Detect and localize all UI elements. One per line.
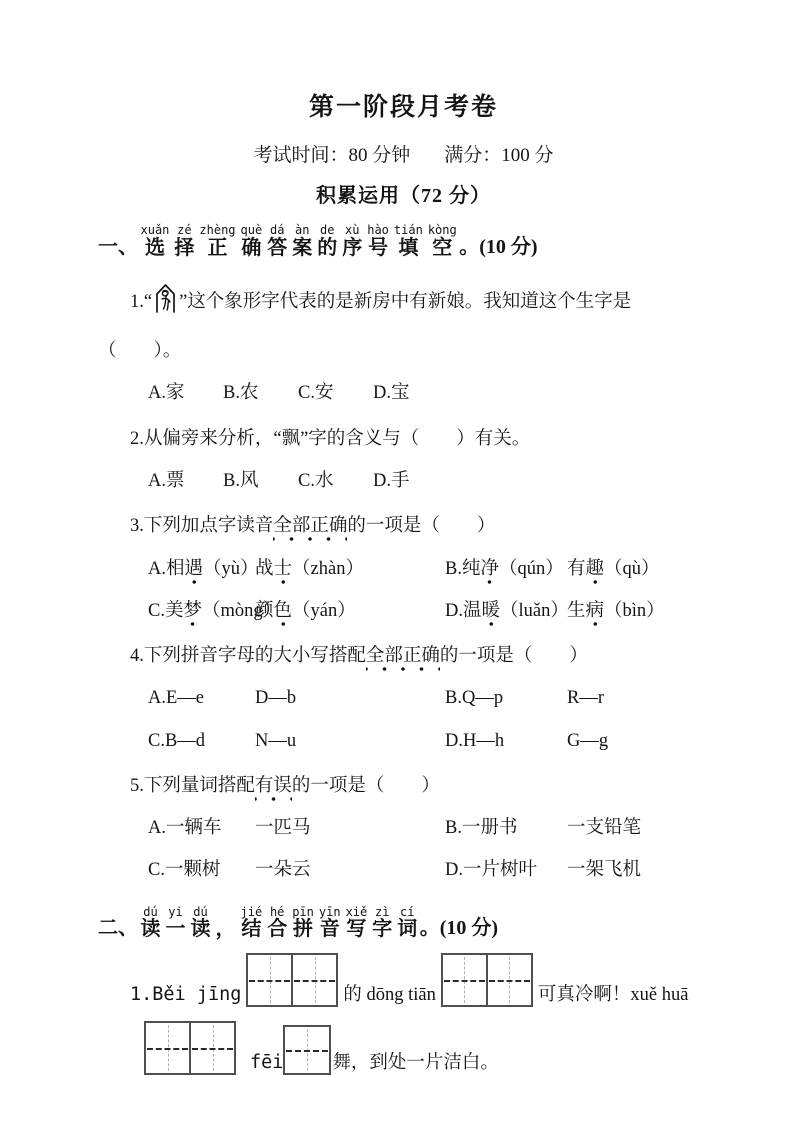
writing-grid-cell[interactable] — [146, 1023, 191, 1073]
write-line2-post: 舞，到处一片洁白。 — [331, 1052, 504, 1075]
ruby-pair: yīn音 — [319, 906, 341, 940]
ruby-pair: què确 — [241, 224, 263, 258]
pinyin-annotation: dá — [270, 224, 284, 238]
text-segment: D.温 — [445, 601, 482, 621]
ruby-pair: xù序 — [342, 224, 362, 258]
option-item: A.家 — [148, 383, 223, 404]
q2-stem: 2.从偏旁来分析，“飘”字的含义与（ ）有关。 — [98, 429, 709, 450]
pinyin-annotation: àn — [295, 224, 309, 238]
text-segment: （qún） — [499, 559, 564, 579]
ruby-char: 空 — [432, 238, 452, 258]
q3-option-c2: 颜色（yán） — [255, 601, 445, 622]
text-segment: 梦 — [183, 601, 202, 627]
text-segment: A.相 — [148, 559, 185, 579]
pinyin-annotation: tián — [394, 224, 423, 238]
ruby-char: 的 — [317, 238, 337, 258]
ruby-pair: dú读 — [191, 906, 211, 940]
ruby-char: 合 — [267, 919, 287, 939]
full-score: 满分：100 分 — [444, 145, 553, 166]
q3-options-row-ab: A.相遇（yù） 战士（zhàn） B.纯净（qún） 有趣（qù） — [98, 559, 709, 580]
ruby-char: 序 — [342, 238, 362, 258]
ruby-char: 词 — [397, 919, 417, 939]
text-segment: D.一片树叶 — [445, 860, 537, 880]
q5-option-b: B.一册书 — [445, 818, 567, 839]
ruby-pair: hé合 — [267, 906, 287, 940]
q3-option-d: D.温暖（luǎn） — [445, 601, 567, 622]
text-segment: A.E—e — [148, 688, 204, 708]
q3-option-a2: 战士（zhàn） — [255, 559, 445, 580]
text-segment: （luǎn） — [500, 601, 569, 621]
text-segment: C.B—d — [148, 731, 205, 751]
option-item: B.风 — [223, 471, 298, 492]
page-title: 第一阶段月考卷 — [98, 92, 709, 123]
text-segment: A.一辆车 — [148, 818, 222, 838]
text-segment: 士 — [274, 559, 293, 585]
ruby-char: 结 — [241, 919, 261, 939]
option-item: A.票 — [148, 471, 223, 492]
q5-option-c2: 一朵云 — [255, 860, 445, 881]
pinyin-annotation — [222, 906, 229, 920]
pinyin-annotation: xuǎn — [141, 224, 170, 238]
q3-stem: 3.下列加点字读音全部正确的一项是（ ） — [98, 516, 709, 537]
ruby-pair: kòng空 — [428, 224, 457, 258]
exam-meta: 考试时间：80 分钟满分：100 分 — [98, 146, 709, 167]
writing-grid-cell[interactable] — [191, 1023, 234, 1073]
text-segment: 一支铅笔 — [567, 818, 641, 838]
writing-grid-cell[interactable] — [443, 955, 488, 1005]
q3-option-c: C.美梦（mòng） — [148, 601, 255, 622]
write-line1-pinyin-pre: 1.Běi jīng — [130, 984, 246, 1007]
text-segment: N—u — [255, 731, 296, 751]
section1-score: 。(10 分) — [459, 237, 537, 258]
text-segment: 病 — [586, 601, 605, 627]
write-line2-pinyin: fēi — [236, 1052, 283, 1075]
section1-ruby-title: xuǎn选zé择zhèng正què确dá答àn案de的xù序hào号tián填k… — [138, 224, 459, 258]
ruby-char: 一 — [166, 919, 186, 939]
text-segment: R—r — [567, 688, 604, 708]
text-segment: 遇 — [185, 559, 204, 585]
text-segment: B.一册书 — [445, 818, 517, 838]
text-segment: 暖 — [482, 601, 501, 627]
q5-option-a: A.一辆车 — [148, 818, 255, 839]
writing-grid-cell[interactable] — [285, 1027, 329, 1073]
text-segment: C.一颗树 — [148, 860, 220, 880]
text-segment: （bìn） — [604, 601, 665, 621]
q4-options-row-ab: A.E—e D—b B.Q—p R—r — [98, 688, 709, 709]
ruby-char: 填 — [398, 238, 418, 258]
text-segment: 有误 — [255, 776, 292, 802]
text-segment: 战 — [255, 559, 274, 579]
ruby-pair: xuǎn选 — [141, 224, 170, 258]
option-item: D.宝 — [373, 383, 448, 404]
q5-stem: 5.下列量词搭配有误的一项是（ ） — [98, 776, 709, 797]
text-segment: 4.下列拼音字母的大小写搭配 — [130, 646, 366, 666]
ruby-char: 字 — [372, 919, 392, 939]
section2-score: 。(10 分) — [420, 918, 498, 939]
q4-options-row-cd: C.B—d N—u D.H—h G—g — [98, 731, 709, 752]
q4-option-c2: N—u — [255, 731, 445, 752]
section2-ruby-title: dú读yi一dú读 ，jié结hé合pīn拼yīn音xiě写zì字cí词 — [138, 906, 420, 940]
write-line1-mid: 的 dōng tiān — [338, 984, 441, 1007]
text-segment: B.纯 — [445, 559, 480, 579]
option-item: C.水 — [298, 471, 373, 492]
text-segment: 的一项是（ ） — [292, 776, 440, 796]
text-segment: （zhàn） — [292, 559, 364, 579]
q1-options: A.家B.农C.安D.宝 — [98, 383, 709, 404]
q4-option-b2: R—r — [567, 688, 604, 709]
q5-options-row-cd: C.一颗树 一朵云 D.一片树叶 一架飞机 — [98, 860, 709, 881]
ruby-pair: àn案 — [292, 224, 312, 258]
pinyin-annotation: xù — [345, 224, 359, 238]
q5-option-a2: 一匹马 — [255, 818, 445, 839]
writing-grid-xuehua[interactable] — [144, 1021, 236, 1075]
text-segment: G—g — [567, 731, 608, 751]
ruby-pair: de的 — [317, 224, 337, 258]
q4-option-a2: D—b — [255, 688, 445, 709]
writing-grid-cell[interactable] — [488, 955, 531, 1005]
pinyin-annotation: yi — [168, 906, 182, 920]
text-segment: C.美 — [148, 601, 183, 621]
text-segment: 趣 — [586, 559, 605, 585]
text-segment: 一架飞机 — [567, 860, 641, 880]
pinyin-annotation: què — [241, 224, 263, 238]
q1-stem-pre: 1.“ — [130, 292, 152, 312]
text-segment: （yù） — [203, 559, 259, 579]
q4-option-b: B.Q—p — [445, 688, 567, 709]
q3-option-b2: 有趣（qù） — [567, 559, 660, 580]
text-segment: 3.下列加点字读音 — [130, 516, 273, 536]
ruby-pair: xiě写 — [346, 906, 368, 940]
exam-paper-page: 第一阶段月考卷 考试时间：80 分钟满分：100 分 积累运用（72 分） 一、… — [0, 0, 793, 1122]
ruby-char: 读 — [141, 919, 161, 939]
text-segment: 一匹马 — [255, 818, 311, 838]
ruby-char: 号 — [368, 238, 388, 258]
text-segment: （yán） — [292, 601, 356, 621]
q1-answer-blank: （ ）。 — [98, 341, 709, 362]
text-segment: 的一项是（ ） — [347, 516, 495, 536]
pinyin-annotation: kòng — [428, 224, 457, 238]
writing-grid-cell[interactable] — [248, 955, 293, 1005]
section1-number: 一、 — [98, 237, 138, 258]
ruby-pair: cí词 — [397, 906, 417, 940]
ruby-char: 音 — [320, 919, 340, 939]
ruby-char: 选 — [145, 238, 165, 258]
q1-stem-post: ”这个象形字代表的是新房中有新娘。我知道这个生字是 — [179, 292, 631, 312]
text-segment: 净 — [480, 559, 499, 585]
text-segment: B.Q—p — [445, 688, 503, 708]
text-segment: 全部正确 — [366, 646, 440, 672]
pinyin-annotation: hào — [367, 224, 389, 238]
q3-option-a: A.相遇（yù） — [148, 559, 255, 580]
option-item: C.安 — [298, 383, 373, 404]
q5-option-c: C.一颗树 — [148, 860, 255, 881]
ruby-char: 拼 — [293, 919, 313, 939]
ruby-pair: zé择 — [174, 224, 194, 258]
ruby-char: 正 — [207, 238, 227, 258]
ruby-pair: jié结 — [241, 906, 263, 940]
q3-option-d2: 生病（bìn） — [567, 601, 665, 622]
ruby-char: 择 — [174, 238, 194, 258]
option-item: B.农 — [223, 383, 298, 404]
text-segment: 的一项是（ ） — [440, 646, 588, 666]
text-segment: 全部正确 — [273, 516, 347, 542]
text-segment: 有 — [567, 559, 586, 579]
ruby-char: 写 — [346, 919, 366, 939]
exam-time: 考试时间：80 分钟 — [253, 145, 410, 166]
q4-option-a: A.E—e — [148, 688, 255, 709]
ruby-pair: yi一 — [166, 906, 186, 940]
text-segment: （qù） — [604, 559, 660, 579]
pinyin-annotation: zhèng — [199, 224, 235, 238]
ruby-pair: dá答 — [267, 224, 287, 258]
ruby-char: 答 — [267, 238, 287, 258]
ruby-pair: ， — [216, 906, 236, 940]
q3-option-b: B.纯净（qún） — [445, 559, 567, 580]
text-segment: 5.下列量词搭配 — [130, 776, 255, 796]
text-segment: 色 — [274, 601, 293, 627]
ruby-char: 案 — [292, 238, 312, 258]
ruby-pair: zhèng正 — [199, 224, 235, 258]
q5-options-row-ab: A.一辆车 一匹马 B.一册书 一支铅笔 — [98, 818, 709, 839]
writing-grid-dongtian[interactable] — [441, 953, 533, 1007]
text-segment: D.H—h — [445, 731, 504, 751]
section2-number: 二、 — [98, 918, 138, 939]
ruby-char: 确 — [241, 238, 261, 258]
write-line1-post: 可真冷啊！xuě huā — [533, 984, 694, 1007]
text-segment: 生 — [567, 601, 586, 621]
option-item: D.手 — [373, 471, 448, 492]
q4-option-d: D.H—h — [445, 731, 567, 752]
q5-option-b2: 一支铅笔 — [567, 818, 641, 839]
q4-option-c: C.B—d — [148, 731, 255, 752]
write-line-1: 1.Běi jīng 的 dōng tiān 可真冷啊！xuě huā — [98, 953, 709, 1007]
ruby-char: ， — [216, 919, 236, 939]
text-segment: D—b — [255, 688, 296, 708]
pinyin-annotation: de — [320, 224, 334, 238]
text-segment: 一朵云 — [255, 860, 311, 880]
section2-header: 二、 dú读yi一dú读 ，jié结hé合pīn拼yīn音xiě写zì字cí词 … — [98, 906, 709, 940]
writing-grid-beijing[interactable] — [246, 953, 338, 1007]
q4-stem: 4.下列拼音字母的大小写搭配全部正确的一项是（ ） — [98, 646, 709, 667]
writing-grid-fei[interactable] — [283, 1025, 331, 1075]
q4-option-d2: G—g — [567, 731, 608, 752]
ruby-char: 读 — [191, 919, 211, 939]
q5-option-d2: 一架飞机 — [567, 860, 641, 881]
write-line-2: fēi 舞，到处一片洁白。 — [98, 1021, 709, 1075]
q2-options: A.票B.风C.水D.手 — [98, 471, 709, 492]
ruby-pair: tián填 — [394, 224, 423, 258]
section1-header: 一、 xuǎn选zé择zhèng正què确dá答àn案de的xù序hào号tiá… — [98, 224, 709, 258]
q3-options-row-cd: C.美梦（mòng） 颜色（yán） D.温暖（luǎn） 生病（bìn） — [98, 601, 709, 622]
ruby-pair: hào号 — [367, 224, 389, 258]
ruby-pair: dú读 — [141, 906, 161, 940]
part-header: 积累运用（72 分） — [98, 184, 709, 208]
oracle-bone-an-glyph-icon — [153, 282, 178, 320]
ruby-pair: zì字 — [372, 906, 392, 940]
writing-grid-cell[interactable] — [293, 955, 336, 1005]
pinyin-annotation: zé — [177, 224, 191, 238]
q1-stem: 1.“ ”这个象形字代表的是新房中有新娘。我知道这个生字是 — [98, 282, 709, 320]
ruby-pair: pīn拼 — [292, 906, 314, 940]
q5-option-d: D.一片树叶 — [445, 860, 567, 881]
text-segment: 颜 — [255, 601, 274, 621]
